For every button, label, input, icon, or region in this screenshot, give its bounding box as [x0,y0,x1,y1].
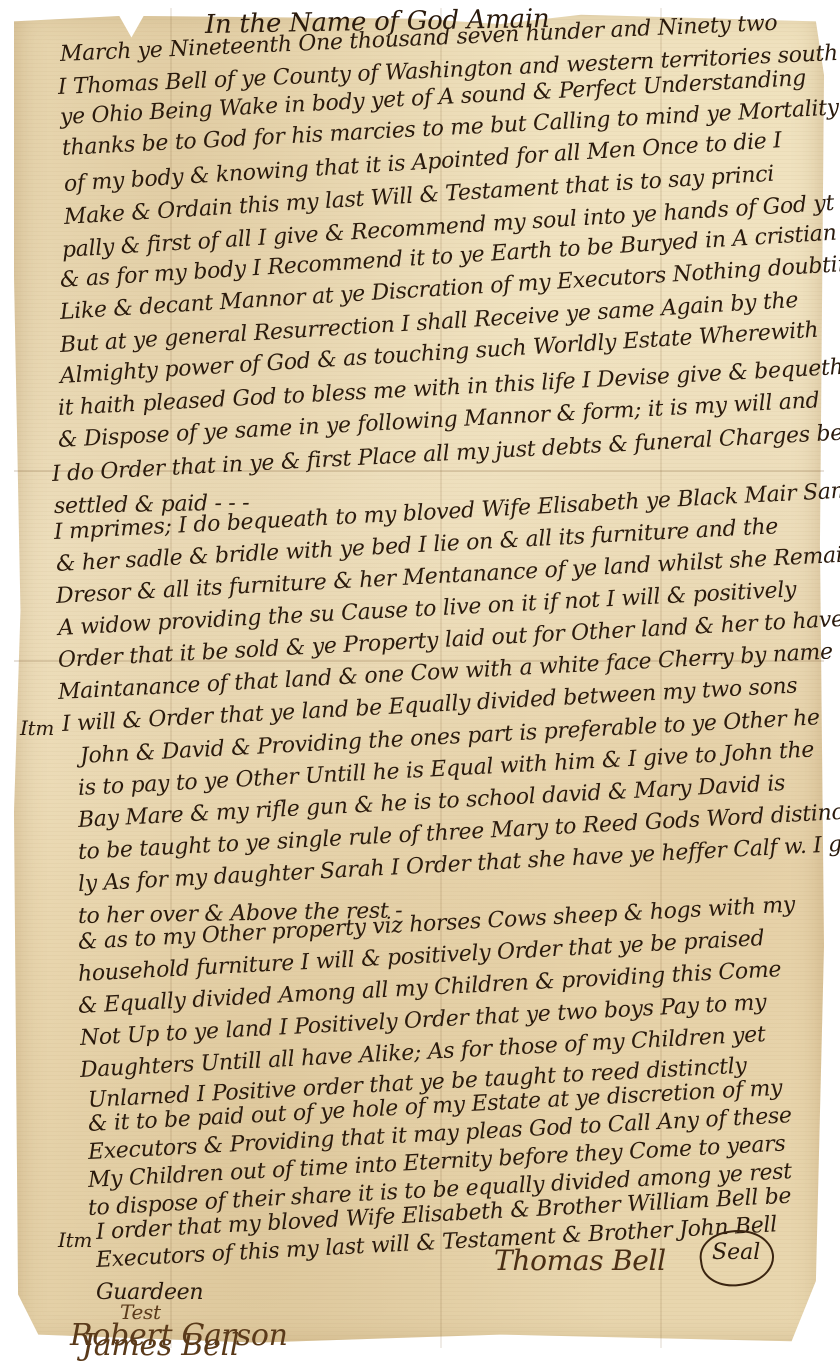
margin-note-item: Itm [58,1228,92,1252]
witness-name: James Bell [82,1328,239,1363]
margin-note-item: Itm [20,716,54,740]
testator-signature: Thomas Bell [494,1244,666,1277]
will-document: In the Name of God Amain March ye Ninete… [0,0,840,1363]
seal-label: Seal [712,1240,760,1265]
